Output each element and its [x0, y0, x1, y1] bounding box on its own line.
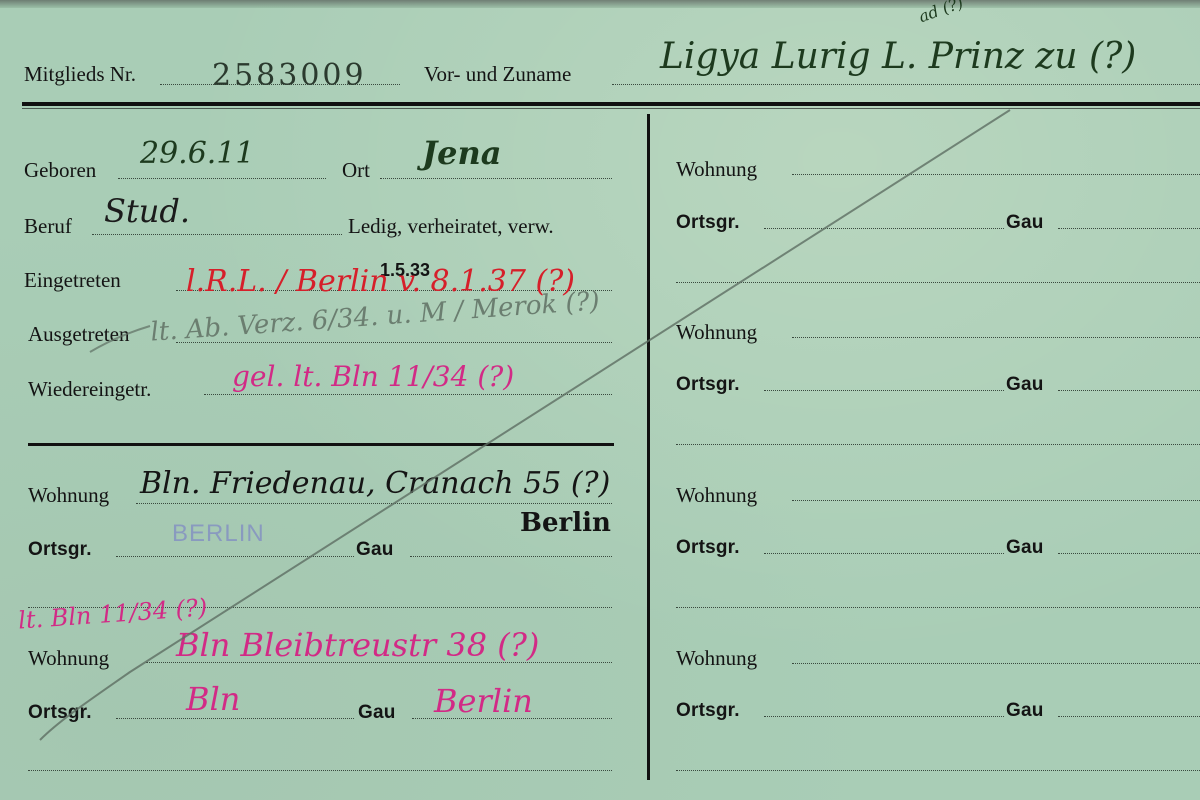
gau-1-value: Berlin: [520, 508, 611, 538]
header-rule-thin: [22, 108, 1200, 109]
right-local-group-4-line: [764, 716, 1004, 717]
right-residence-1-line: [792, 174, 1200, 175]
residence-2-label: Wohnung: [28, 646, 109, 671]
local-group-2-dotted-line: [116, 718, 354, 719]
right-gau-1-line: [1058, 228, 1200, 229]
right-blank-2: [676, 444, 1200, 445]
local-group-1-stamp: BERLIN: [172, 520, 265, 548]
place-dotted-line: [380, 178, 612, 179]
right-local-group-1-label: Ortsgr.: [676, 212, 740, 234]
right-blank-4: [676, 770, 1200, 771]
rejoined-dotted-line: [204, 394, 612, 395]
section-rule: [28, 443, 614, 446]
born-label: Geboren: [24, 158, 96, 183]
residence-1-label: Wohnung: [28, 483, 109, 508]
rejoined-label: Wiedereingetr.: [28, 377, 151, 402]
column-divider: [647, 114, 650, 780]
right-gau-3-line: [1058, 553, 1200, 554]
right-residence-4-line: [792, 663, 1200, 664]
residence-2-value: Bln Bleibtreustr 38 (?): [176, 626, 539, 664]
joined-label: Eingetreten: [24, 268, 121, 293]
header-rule: [22, 102, 1200, 106]
right-blank-3: [676, 607, 1200, 608]
right-local-group-2-line: [764, 390, 1004, 391]
left-dotted-line: [176, 342, 612, 343]
right-residence-1-label: Wohnung: [676, 157, 757, 182]
name-value-handwritten: Ligya Lurig L. Prinz zu (?): [660, 36, 1136, 77]
right-residence-4-label: Wohnung: [676, 646, 757, 671]
occupation-value: Stud.: [104, 192, 190, 230]
name-label: Vor- und Zuname: [424, 62, 571, 87]
right-residence-2-label: Wohnung: [676, 320, 757, 345]
right-local-group-3-line: [764, 553, 1004, 554]
right-gau-2-label: Gau: [1006, 374, 1044, 396]
gau-1-label: Gau: [356, 539, 394, 561]
right-blank-1: [676, 282, 1200, 283]
born-dotted-line: [118, 178, 326, 179]
occupation-dotted-line: [92, 234, 342, 235]
gau-2-label: Gau: [358, 702, 396, 724]
marital-status-label: Ledig, verheiratet, verw.: [348, 214, 554, 239]
local-group-1-label: Ortsgr.: [28, 539, 92, 561]
right-residence-3-line: [792, 500, 1200, 501]
right-residence-3-label: Wohnung: [676, 483, 757, 508]
right-local-group-2-label: Ortsgr.: [676, 374, 740, 396]
local-group-2-value: Bln: [186, 680, 240, 718]
place-value: Jena: [422, 134, 502, 172]
right-gau-4-label: Gau: [1006, 700, 1044, 722]
right-local-group-4-label: Ortsgr.: [676, 700, 740, 722]
local-group-2-label: Ortsgr.: [28, 702, 92, 724]
local-group-1-dotted-line: [116, 556, 354, 557]
residence-1-value: Bln. Friedenau, Cranach 55 (?): [140, 466, 610, 501]
right-local-group-1-line: [764, 228, 1004, 229]
born-value: 29.6.11: [140, 136, 255, 171]
right-gau-1-label: Gau: [1006, 212, 1044, 234]
occupation-label: Beruf: [24, 214, 72, 239]
blank-line-2: [28, 770, 612, 771]
right-residence-2-line: [792, 337, 1200, 338]
right-local-group-3-label: Ortsgr.: [676, 537, 740, 559]
gau-1-dotted-line: [410, 556, 612, 557]
card-top-edge: [0, 0, 1200, 8]
place-label: Ort: [342, 158, 370, 183]
member-number-label: Mitglieds Nr.: [24, 62, 136, 87]
right-gau-4-line: [1058, 716, 1200, 717]
name-dotted-line: [612, 84, 1200, 85]
rejoined-pink-note: gel. lt. Bln 11/34 (?): [232, 360, 514, 393]
right-gau-3-label: Gau: [1006, 537, 1044, 559]
membership-card: Mitglieds Nr. 2583009 Vor- und Zuname Li…: [0, 0, 1200, 800]
right-gau-2-line: [1058, 390, 1200, 391]
member-number-value: 2583009: [212, 58, 367, 93]
gau-2-value: Berlin: [434, 682, 533, 720]
pencil-diagonal-strike: [0, 0, 1200, 800]
residence-1-dotted-line: [136, 503, 612, 504]
left-label: Ausgetreten: [28, 322, 129, 347]
